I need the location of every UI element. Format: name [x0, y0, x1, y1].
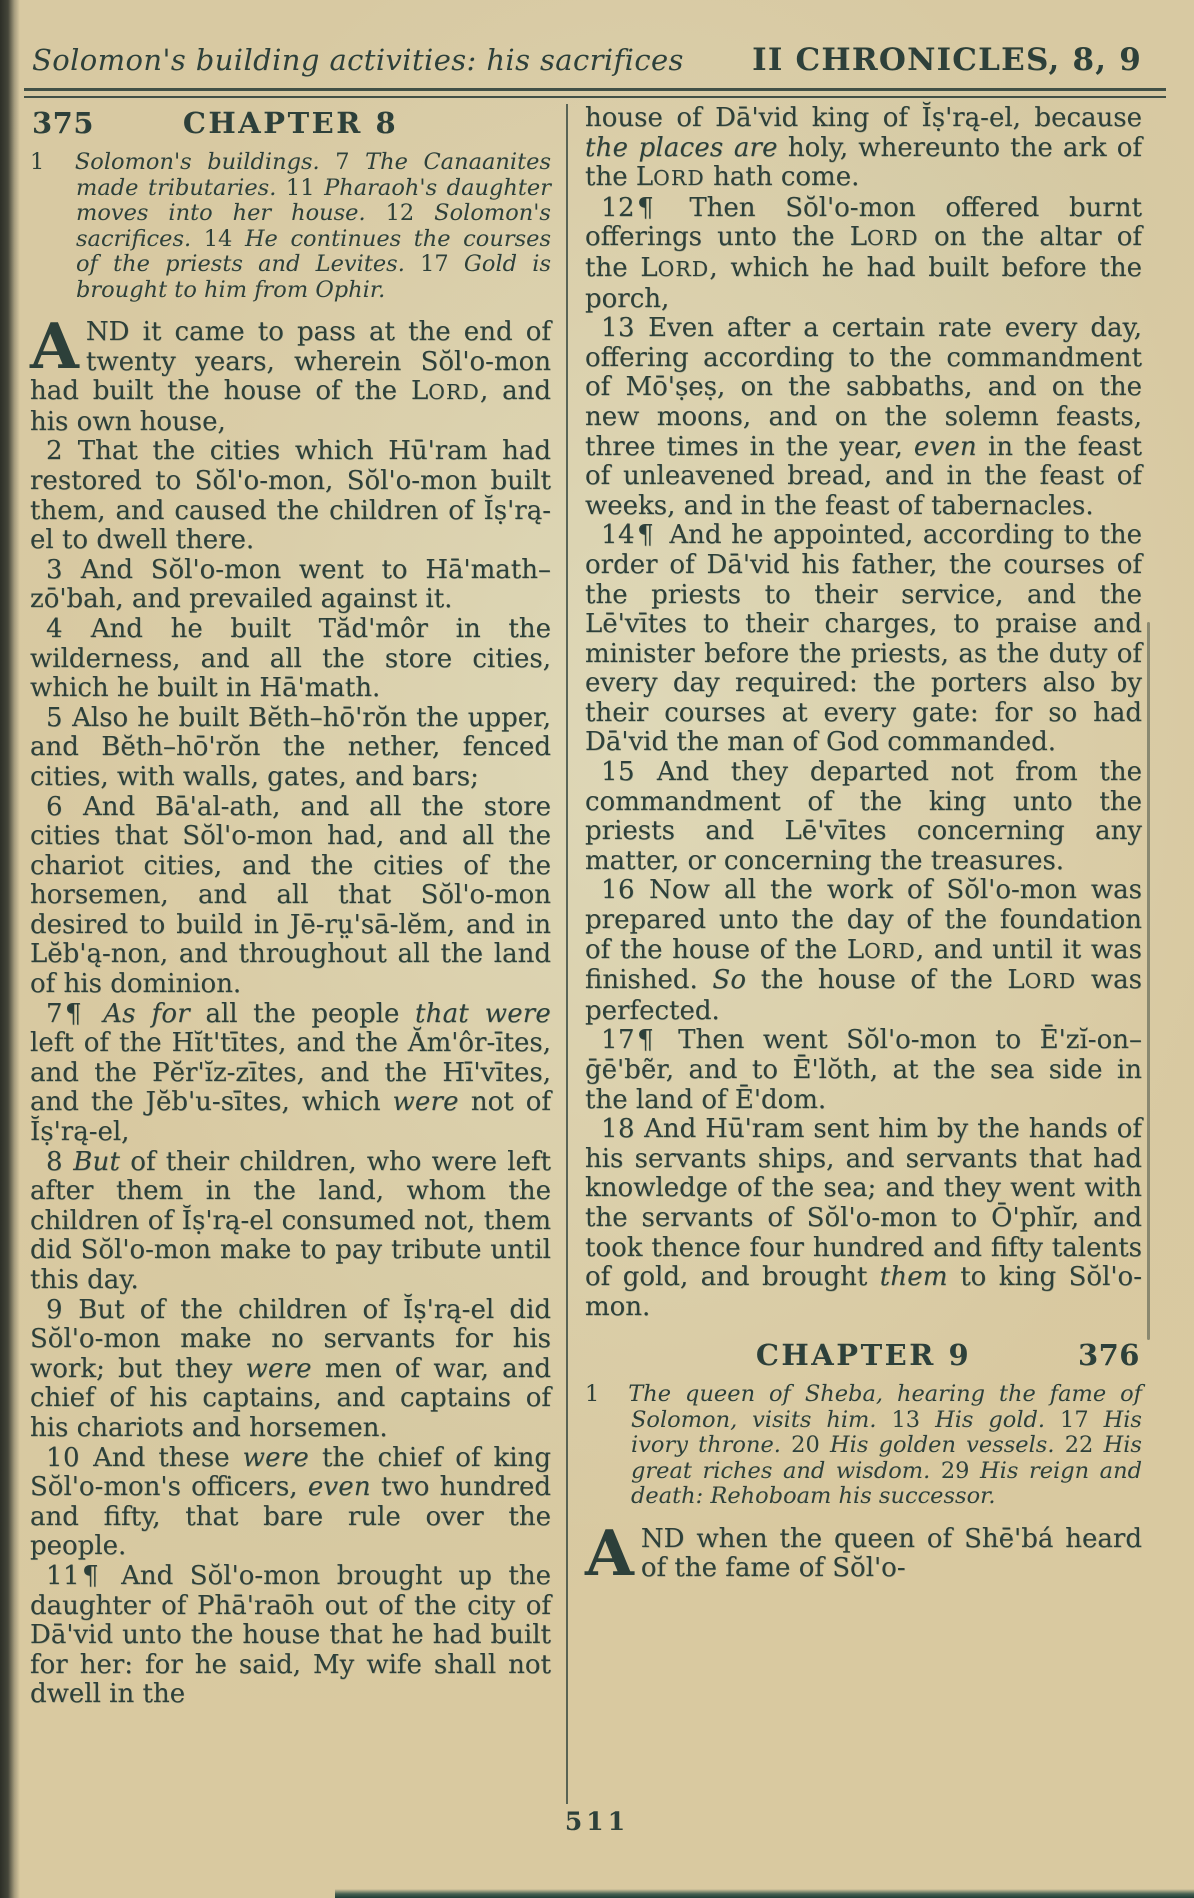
- verse-15: 15 And they departed not from the comman…: [585, 758, 1142, 876]
- divine-name-small-caps: LORD: [636, 162, 705, 192]
- column-number-375: 375: [32, 106, 94, 140]
- pilcrow-mark: ¶: [65, 999, 82, 1029]
- header-rule: [24, 88, 1166, 98]
- verse-11: 11¶ And Sŏl'o-mon brought up the daughte…: [30, 1562, 551, 1710]
- verse-6: 6 And Bā'al-ath, and all the store citie…: [30, 793, 551, 1000]
- divine-name-small-caps: LORD: [1007, 965, 1076, 995]
- next-page-edge: [335, 1889, 1194, 1898]
- verse-number: 17: [601, 1025, 635, 1055]
- chapter-9-summary: 1 The queen of Sheba, hearing the fame o…: [585, 1382, 1142, 1510]
- verse-13: 13 Even after a certain rate every day, …: [585, 314, 1142, 521]
- book-reference: II CHRONICLES, 8, 9: [752, 42, 1142, 78]
- text-columns: 375 CHAPTER 8 1 Solomon's buildings. 7 T…: [30, 104, 1142, 1804]
- verse-7: 7¶ As for all the people that were left …: [30, 1000, 551, 1148]
- chapter-9-heading-row: CHAPTER 9 376: [585, 1338, 1142, 1372]
- verse-number: 12: [601, 193, 635, 223]
- chapter-9-opening-verse: AND when the queen of Shē'bá heard of th…: [585, 1525, 1142, 1584]
- pilcrow-mark: ¶: [637, 1025, 654, 1055]
- verse-16: 16 Now all the work of Sŏl'o-mon was pre…: [585, 876, 1142, 1026]
- verse-number: 5: [46, 703, 63, 733]
- verse-4: 4 And he built Tăd'môr in the wilderness…: [30, 615, 551, 704]
- divine-name-small-caps: LORD: [411, 376, 480, 406]
- page-number: 511: [0, 1807, 1194, 1836]
- chapter-8-verses-continued: 12¶ Then Sŏl'o-mon offered burnt offerin…: [585, 194, 1142, 1323]
- verse-17: 17¶ Then went Sŏl'o-mon to Ē'zĭ-on–ḡē'bẽ…: [585, 1026, 1142, 1115]
- column-number-376: 376: [1078, 1338, 1140, 1372]
- chapter-8-verses: AND it came to pass at the end of twenty…: [30, 318, 551, 1710]
- verse-9: 9 But of the children of Ĭṣ'rą-el did Sŏ…: [30, 1296, 551, 1444]
- verse-number: 15: [601, 757, 635, 787]
- verse-number: 2: [46, 436, 63, 466]
- verse-number: 18: [601, 1114, 635, 1144]
- verse-3: 3 And Sŏl'o-mon went to Hā'math–zō'bah, …: [30, 556, 551, 615]
- chapter-8-heading-row: 375 CHAPTER 8: [30, 106, 551, 140]
- left-column: 375 CHAPTER 8 1 Solomon's buildings. 7 T…: [30, 104, 566, 1804]
- running-title: Solomon's building activities: his sacri…: [32, 43, 684, 77]
- verse-number: 7: [46, 999, 63, 1029]
- chapter-9-title: CHAPTER 9: [756, 1338, 971, 1372]
- verse-5: 5 Also he built Bĕth–hō'rŏn the upper, a…: [30, 704, 551, 793]
- verse-number: 3: [46, 555, 63, 585]
- verse-number: 14: [601, 520, 635, 550]
- chapter-8-title: CHAPTER 8: [183, 106, 398, 140]
- drop-cap: A: [585, 1529, 634, 1578]
- verse-18: 18 And Hū'ram sent him by the hands of h…: [585, 1115, 1142, 1322]
- drop-cap: A: [30, 322, 79, 371]
- pilcrow-mark: ¶: [82, 1561, 99, 1591]
- verse-number: 9: [46, 1295, 63, 1325]
- pilcrow-mark: ¶: [637, 193, 654, 223]
- divine-name-small-caps: LORD: [847, 935, 916, 965]
- verse-number: 4: [46, 614, 63, 644]
- verse-number: 16: [601, 875, 635, 905]
- divine-name-small-caps: LORD: [850, 222, 919, 252]
- divine-name-small-caps: LORD: [640, 253, 709, 283]
- verse-2: 2 That the cities which Hū'ram had resto…: [30, 437, 551, 555]
- running-header: Solomon's building activities: his sacri…: [32, 42, 1142, 78]
- page-edge-mark: [1147, 622, 1150, 1340]
- verse-11-continuation: house of Dā'vid king of Ĭṣ'rą-el, becaus…: [585, 104, 1142, 194]
- verse-14: 14¶ And he appointed, according to the o…: [585, 521, 1142, 758]
- verse-number: 11: [46, 1561, 80, 1591]
- book-gutter-shadow: [0, 0, 20, 1898]
- verse-number: 13: [601, 313, 635, 343]
- chapter-8-summary: 1 Solomon's buildings. 7 The Canaanites …: [30, 150, 551, 303]
- verse-number: 8: [46, 1147, 63, 1177]
- scanned-bible-page: Solomon's building activities: his sacri…: [0, 0, 1194, 1898]
- pilcrow-mark: ¶: [637, 520, 654, 550]
- verse-12: 12¶ Then Sŏl'o-mon offered burnt offerin…: [585, 194, 1142, 314]
- verse-10: 10 And these were the chief of king Sŏl'…: [30, 1444, 551, 1562]
- verse-number: 6: [46, 792, 63, 822]
- verse-1: AND it came to pass at the end of twenty…: [30, 318, 551, 437]
- chapter-9-block: CHAPTER 9 376 1 The queen of Sheba, hear…: [585, 1338, 1142, 1584]
- right-column: house of Dā'vid king of Ĭṣ'rą-el, becaus…: [568, 104, 1142, 1804]
- verse-8: 8 But of their children, who were left a…: [30, 1148, 551, 1296]
- verse-number: 10: [46, 1443, 80, 1473]
- verse-1: AND when the queen of Shē'bá heard of th…: [585, 1525, 1142, 1584]
